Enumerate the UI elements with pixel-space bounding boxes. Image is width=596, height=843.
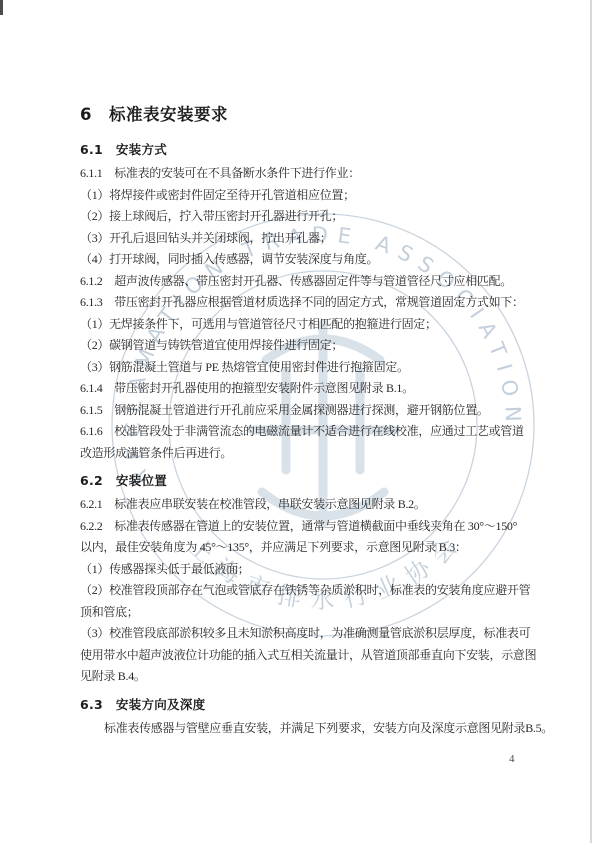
text-line: （2）校准管段顶部存在气泡或管底存在铁锈等杂质淤积时，标准表的安装角度应避开管 <box>80 580 558 602</box>
section-heading: 6 标准表安装要求 <box>80 103 558 127</box>
text-line: 顶和管底； <box>80 602 558 624</box>
text-line: 改造形成满管条件后再进行。 <box>80 443 558 465</box>
scan-corner-artifact <box>0 0 3 15</box>
text-line: 6.2.1 标准表应串联安装在校准管段，串联安装示意图见附录 B.2。 <box>80 494 558 516</box>
text-line: 6.1.6 校准管段处于非满管流态的电磁流量计不适合进行在线校准，应通过工艺或管… <box>80 421 558 443</box>
text-line: 6.1.3 带压密封开孔器应根据管道材质选择不同的固定方式，常规管道固定方式如下… <box>80 292 558 314</box>
text-line: 6.1.2 超声波传感器、带压密封开孔器、传感器固定件等与管道管径尺寸应相匹配。 <box>80 271 558 293</box>
text-line: 见附录 B.4。 <box>80 666 558 688</box>
page-number: 4 <box>509 753 515 765</box>
text-line: （1）将焊接件或密封件固定至待开孔管道相应位置； <box>80 185 558 207</box>
text-line: 使用带水中超声波液位计功能的插入式互相关流量计，从管道顶部垂直向下安装，示意图 <box>80 645 558 667</box>
text-line: （3）钢筋混凝土管道与 PE 热熔管宜使用密封件进行抱箍固定。 <box>80 357 558 379</box>
subsection-heading: 6.1 安装方式 <box>80 139 558 161</box>
text-line: 6.2.2 标准表传感器在管道上的安装位置，通常与管道横截面中垂线夹角在 30°… <box>80 516 558 538</box>
text-line: 6.1.1 标准表的安装可在不具备断水条件下进行作业： <box>80 163 558 185</box>
text-line: （4）打开球阀，同时插入传感器，调节安装深度与角度。 <box>80 249 558 271</box>
text-line: 6.1.5 钢筋混凝土管道进行开孔前应采用金属探测器进行探测，避开钢筋位置。 <box>80 400 558 422</box>
subsection-heading: 6.3 安装方向及深度 <box>80 694 558 716</box>
subsection-heading: 6.2 安装位置 <box>80 470 558 492</box>
text-line: 以内，最佳安装角度为 45°～135°，并应满足下列要求，示意图见附录 B.3： <box>80 537 558 559</box>
text-line: 6.1.4 带压密封开孔器使用的抱箍型安装附件示意图见附录 B.1。 <box>80 378 558 400</box>
text-line: （1）传感器探头低于最低液面； <box>80 559 558 581</box>
paragraph-lines: 6.1 安装方式6.1.1 标准表的安装可在不具备断水条件下进行作业：（1）将焊… <box>80 139 558 739</box>
text-line: （2）碳钢管道与铸铁管道宜使用焊接件进行固定； <box>80 335 558 357</box>
text-line: （1）无焊接条件下，可选用与管道管径尺寸相匹配的抱箍进行固定； <box>80 314 558 336</box>
text-line: （3）开孔后退回钻头并关闭球阀，拧出开孔器； <box>80 228 558 250</box>
text-line: （2）接上球阀后，拧入带压密封开孔器进行开孔； <box>80 206 558 228</box>
document-page: RECLAMATION TRADE ASSOCIATION 上海市排水行业协会 … <box>0 0 596 843</box>
document-content: 6 标准表安装要求 6.1 安装方式6.1.1 标准表的安装可在不具备断水条件下… <box>80 103 558 739</box>
text-line: （3）校准管段底部淤积较多且未知淤积高度时，为准确测量管底淤积层厚度，标准表可 <box>80 623 558 645</box>
text-line: 标准表传感器与管壁应垂直安装，并满足下列要求，安装方向及深度示意图见附录B.5。 <box>80 718 558 740</box>
scan-edge-line <box>590 0 592 843</box>
